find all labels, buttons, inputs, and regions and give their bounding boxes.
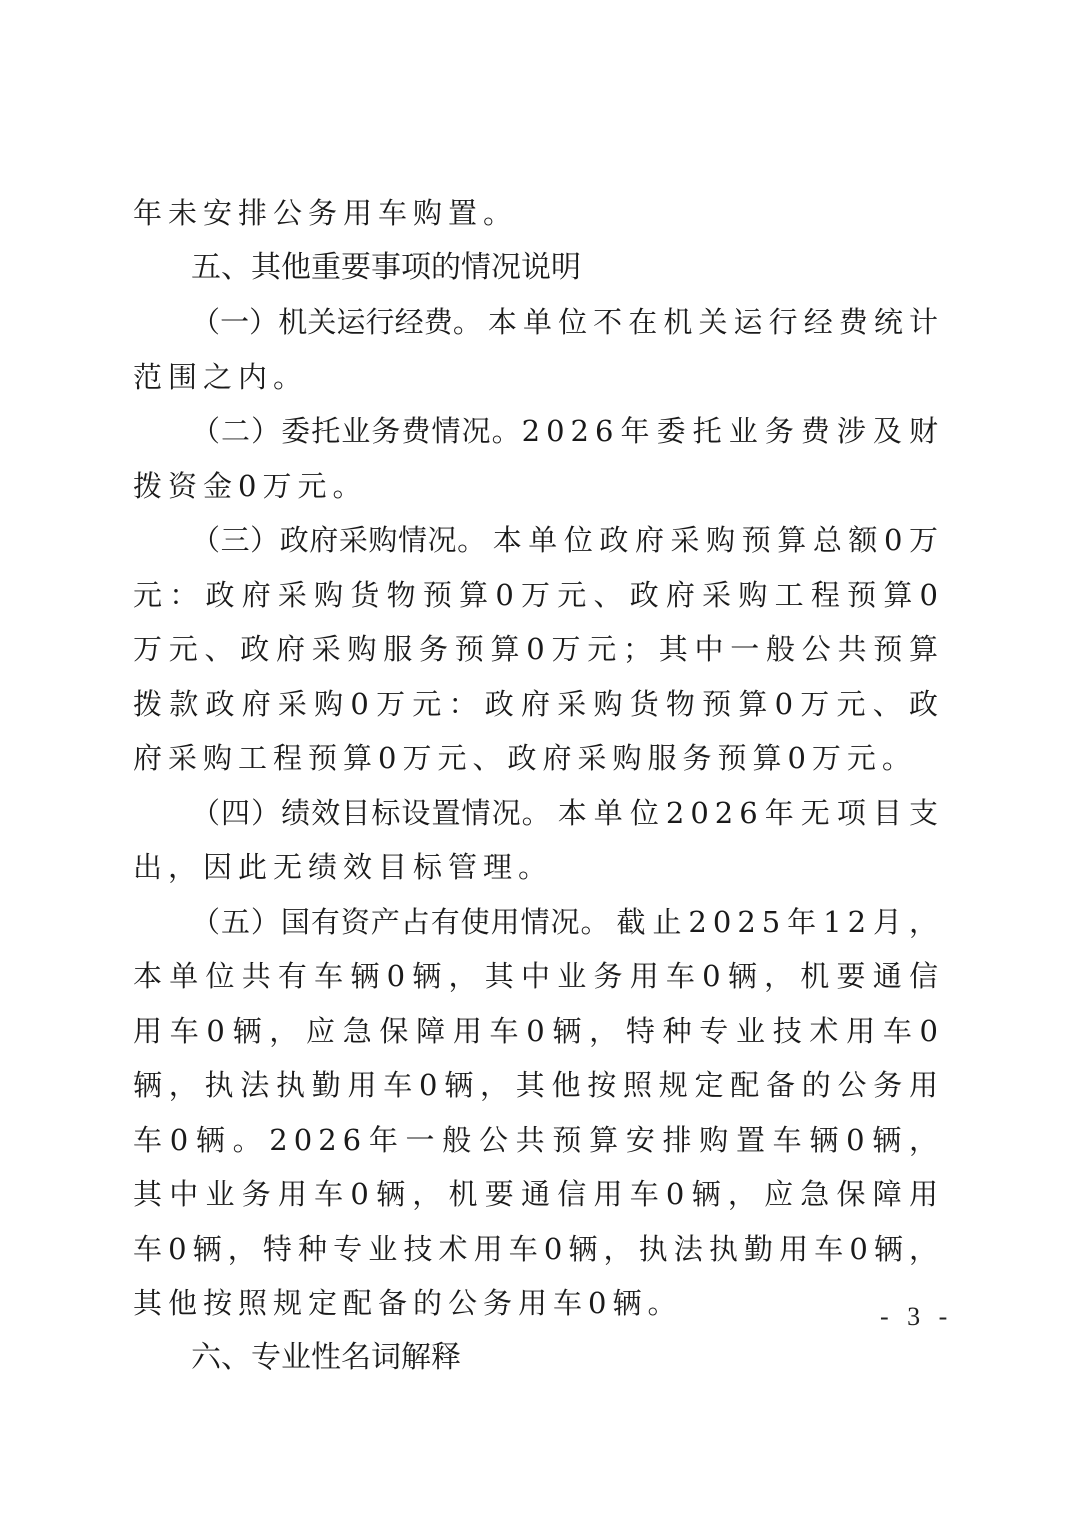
item-lead-1: （一）机关运行经费 — [191, 305, 453, 339]
item-lead-3: （三）政府采购情况 — [191, 523, 457, 557]
item-lead-4: （四）绩效目标设置情况 — [191, 796, 522, 830]
item-text-3: 。本单位政府采购预算总额0万元：政府采购货物预算0万元、政府采购工程预算0万元、… — [133, 523, 944, 775]
item-lead-5: （五）国有资产占有使用情况 — [191, 905, 581, 939]
paragraph-item-1: （一）机关运行经费。本单位不在机关运行经费统计范围之内。 — [133, 295, 944, 404]
paragraph-item-3: （三）政府采购情况。本单位政府采购预算总额0万元：政府采购货物预算0万元、政府采… — [133, 513, 944, 786]
item-text-5: 。截止2025年12月，本单位共有车辆0辆，其中业务用车0辆，机要通信用车0辆，… — [133, 905, 944, 1321]
section-heading-5: 五、其他重要事项的情况说明 — [133, 241, 944, 296]
paragraph-continuation: 年未安排公务用车购置。 — [133, 186, 944, 241]
paragraph-item-4: （四）绩效目标设置情况。本单位2026年无项目支出，因此无绩效目标管理。 — [133, 786, 944, 895]
page-number: - 3 - — [880, 1302, 953, 1332]
item-lead-2: （二）委托业务费情况。 — [191, 414, 522, 448]
paragraph-item-5: （五）国有资产占有使用情况。截止2025年12月，本单位共有车辆0辆，其中业务用… — [133, 895, 944, 1331]
section-heading-6: 六、专业性名词解释 — [133, 1331, 944, 1386]
paragraph-item-2: （二）委托业务费情况。2026年委托业务费涉及财拨资金0万元。 — [133, 404, 944, 513]
document-body: 年未安排公务用车购置。 五、其他重要事项的情况说明 （一）机关运行经费。本单位不… — [133, 186, 944, 1385]
